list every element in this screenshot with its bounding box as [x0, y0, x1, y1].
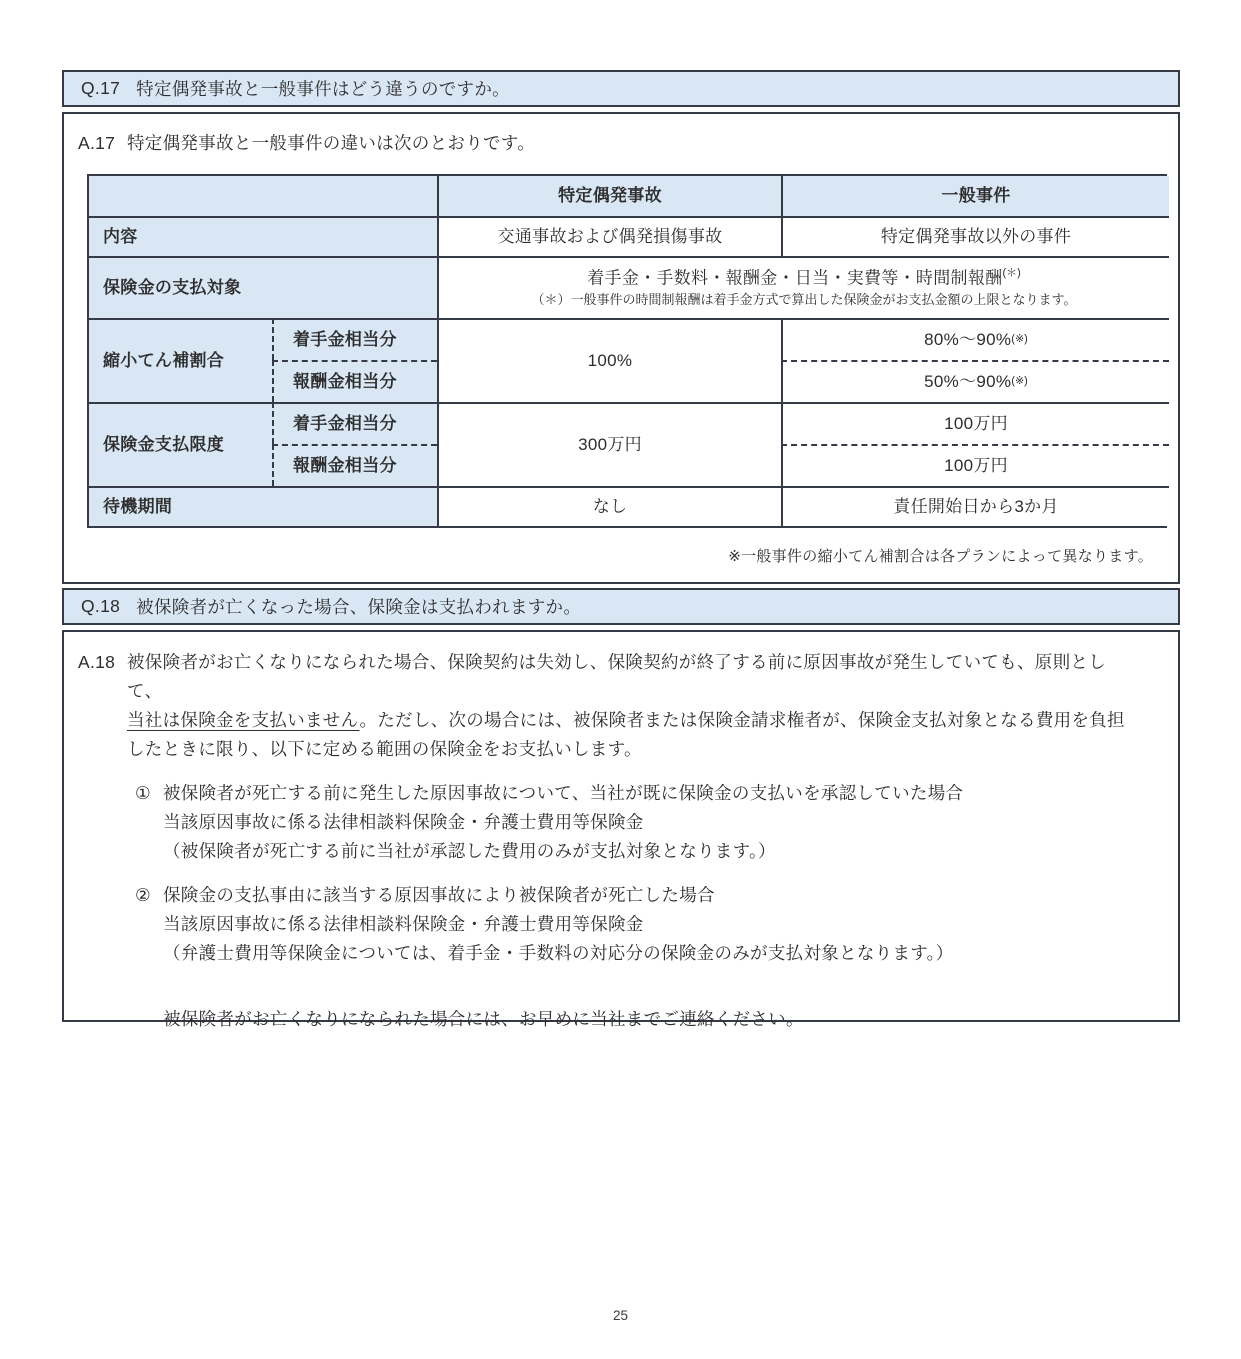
a18-body-row: A.18 被保険者がお亡くなりになられた場合、保険契約は失効し、保険契約が終了す… [78, 648, 1140, 1034]
comparison-table: 特定偶発事故 一般事件 内容 交通事故および偶発損傷事故 特定偶発事故以外の事件… [87, 174, 1167, 528]
row-label-limit: 保険金支払限度 [89, 402, 272, 486]
reduction-general2-text: 50%〜90% [924, 371, 1011, 393]
a18-item2-text: 保険金の支払事由に該当する原因事故により被保険者が死亡した場合 当該原因事故に係… [163, 881, 1140, 968]
cell-waiting-general: 責任開始日から3か月 [781, 486, 1169, 526]
reference-mark: (※) [1011, 332, 1028, 346]
a18-item-1: ① 被保険者が死亡する前に発生した原因事故について、当社が既に保険金の支払いを承… [135, 779, 1140, 866]
cell-content-general: 特定偶発事故以外の事件 [781, 216, 1169, 256]
cell-payment-target: 着手金・手数料・報酬金・日当・実費等・時間制報酬(＊) （＊）一般事件の時間制報… [437, 256, 1169, 318]
reduction-general1-text: 80%〜90% [924, 329, 1011, 351]
a18-item2-line3: （弁護士費用等保険金については、着手金・手数料の対応分の保険金のみが支払対象とな… [163, 943, 954, 963]
document-page: Q.17 特定偶発事故と一般事件はどう違うのですか。 A.17 特定偶発事故と一… [0, 0, 1241, 1022]
a18-item1-line1: 被保険者が死亡する前に発生した原因事故について、当社が既に保険金の支払いを承認し… [163, 783, 963, 803]
a18-para-line1: 被保険者がお亡くなりになられた場合、保険契約は失効し、保険契約が終了する前に原因… [127, 652, 1106, 701]
a18-closing-text: 被保険者がお亡くなりになられた場合には、お早めに当社までご連絡ください。 [163, 1005, 1140, 1034]
a18-item2-line1: 保険金の支払事由に該当する原因事故により被保険者が死亡した場合 [163, 885, 715, 905]
asterisk-mark: (＊) [1002, 267, 1020, 279]
a18-label: A.18 [78, 648, 127, 1034]
a17-intro-text: 特定偶発事故と一般事件の違いは次のとおりです。 [127, 129, 1178, 158]
a18-item1-text: 被保険者が死亡する前に発生した原因事故について、当社が既に保険金の支払いを承認し… [163, 779, 1140, 866]
a18-para-line3: したときに限り、以下に定める範囲の保険金をお支払いします。 [127, 739, 642, 759]
a18-paragraph: 被保険者がお亡くなりになられた場合、保険契約は失効し、保険契約が終了する前に原因… [127, 648, 1140, 764]
a18-item1-line3: （被保険者が死亡する前に当社が承認した費用のみが支払対象となります。） [163, 841, 776, 861]
a18-item-2: ② 保険金の支払事由に該当する原因事故により被保険者が死亡した場合 当該原因事故… [135, 881, 1140, 968]
row-label-content: 内容 [89, 216, 437, 256]
q18-question-text: 被保険者が亡くなった場合、保険金は支払われますか。 [136, 594, 581, 619]
sublabel-limit-retainer: 着手金相当分 [272, 402, 437, 444]
cell-limit-general-retainer: 100万円 [781, 402, 1169, 444]
cell-reduction-specific: 100% [437, 318, 781, 402]
q17-question-text: 特定偶発事故と一般事件はどう違うのですか。 [136, 76, 510, 101]
a18-para-line2-rest: 。ただし、次の場合には、被保険者または保険金請求権者が、保険金支払対象となる費用… [359, 710, 1124, 730]
a18-answer-box: A.18 被保険者がお亡くなりになられた場合、保険契約は失効し、保険契約が終了す… [62, 630, 1180, 1022]
sublabel-reduction-retainer: 着手金相当分 [272, 318, 437, 360]
row-label-waiting: 待機期間 [89, 486, 437, 526]
sublabel-limit-reward: 報酬金相当分 [272, 444, 437, 486]
table-header-specific: 特定偶発事故 [437, 176, 781, 216]
cell-limit-specific: 300万円 [437, 402, 781, 486]
q18-label: Q.18 [81, 596, 120, 617]
circled-one-marker: ① [135, 779, 163, 866]
a18-item1-line2: 当該原因事故に係る法律相談料保険金・弁護士費用等保険金 [163, 812, 644, 832]
cell-waiting-specific: なし [437, 486, 781, 526]
a18-body-text: 被保険者がお亡くなりになられた場合、保険契約は失効し、保険契約が終了する前に原因… [127, 648, 1140, 1034]
payment-target-main: 着手金・手数料・報酬金・日当・実費等・時間制報酬(＊) [587, 267, 1021, 290]
row-label-payment-target: 保険金の支払対象 [89, 256, 437, 318]
a17-label: A.17 [78, 129, 127, 158]
q18-header-bar: Q.18 被保険者が亡くなった場合、保険金は支払われますか。 [62, 588, 1180, 625]
table-header-general: 一般事件 [781, 176, 1169, 216]
payment-target-main-text: 着手金・手数料・報酬金・日当・実費等・時間制報酬 [587, 268, 1002, 287]
reference-mark: (※) [1011, 374, 1028, 388]
a18-para-underlined: 当社は保険金を支払いません [127, 710, 359, 730]
payment-target-footnote: （＊）一般事件の時間制報酬は着手金方式で算出した保険金がお支払金額の上限となりま… [532, 292, 1077, 309]
a17-answer-box: A.17 特定偶発事故と一般事件の違いは次のとおりです。 特定偶発事故 一般事件… [62, 112, 1180, 584]
cell-reduction-general-retainer: 80%〜90%(※) [781, 318, 1169, 360]
cell-content-specific: 交通事故および偶発損傷事故 [437, 216, 781, 256]
page-number: 25 [0, 1308, 1241, 1323]
cell-reduction-general-reward: 50%〜90%(※) [781, 360, 1169, 402]
a18-item2-line2: 当該原因事故に係る法律相談料保険金・弁護士費用等保険金 [163, 914, 644, 934]
q17-label: Q.17 [81, 78, 120, 99]
sublabel-reduction-reward: 報酬金相当分 [272, 360, 437, 402]
q17-header-bar: Q.17 特定偶発事故と一般事件はどう違うのですか。 [62, 70, 1180, 107]
table-corner-cell [89, 176, 437, 216]
table-note: ※一般事件の縮小てん補割合は各プランによって異なります。 [87, 545, 1167, 566]
cell-limit-general-reward: 100万円 [781, 444, 1169, 486]
circled-two-marker: ② [135, 881, 163, 968]
a17-intro-row: A.17 特定偶発事故と一般事件の違いは次のとおりです。 [78, 129, 1178, 158]
row-label-reduction: 縮小てん補割合 [89, 318, 272, 402]
